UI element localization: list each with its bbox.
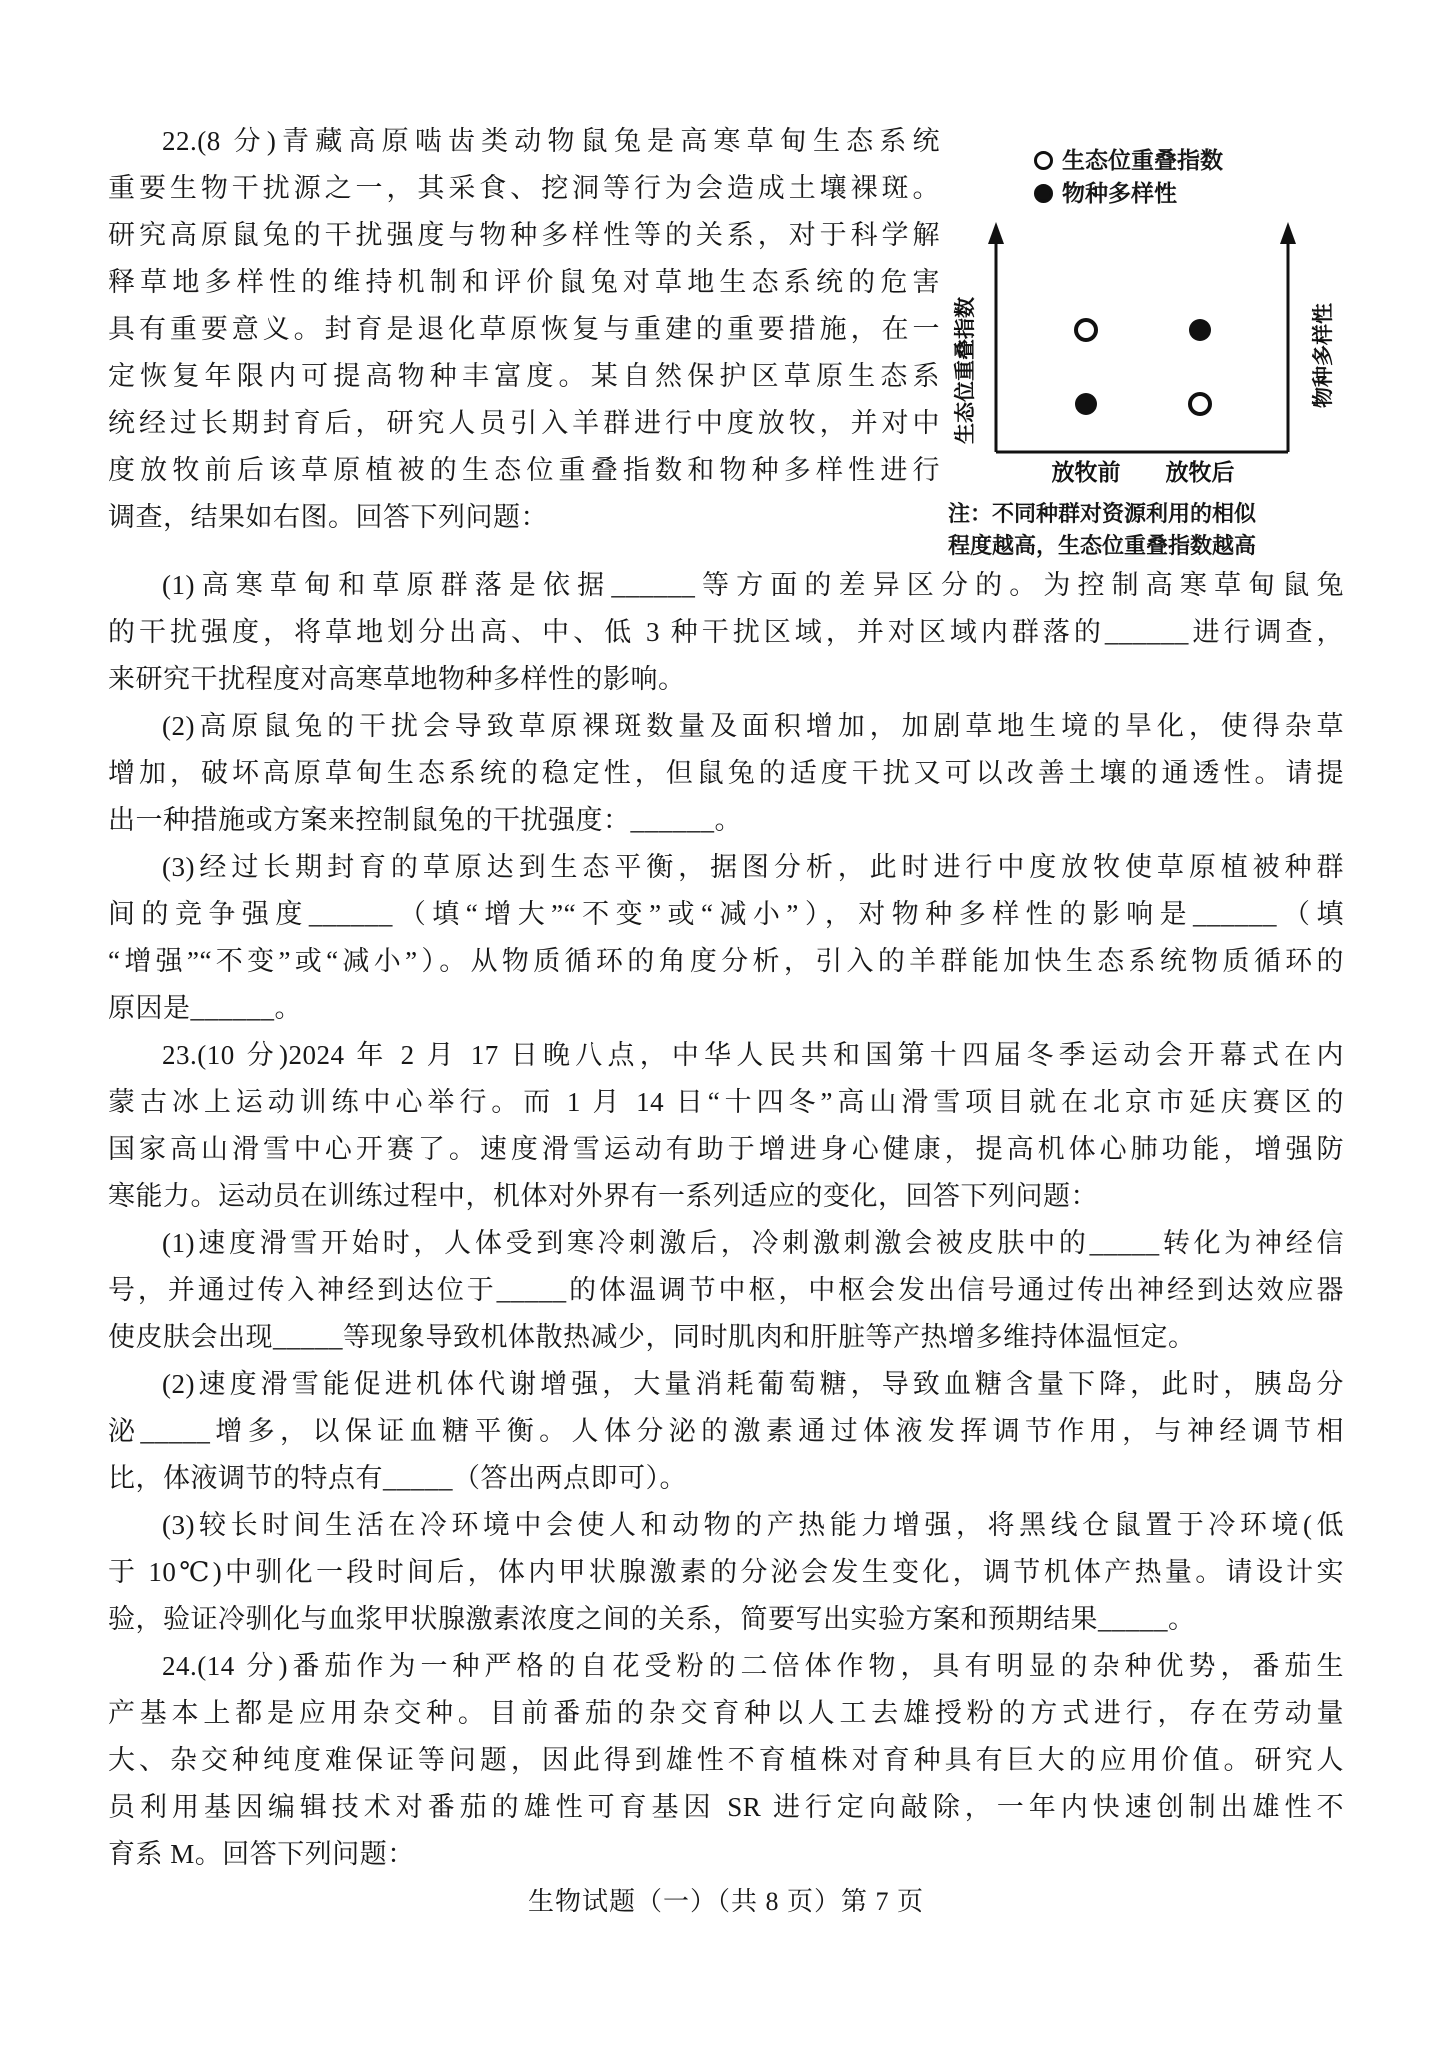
y-axis-label-left: 生态位重叠指数 <box>953 297 977 444</box>
legend-label: 物种多样性 <box>1062 177 1177 210</box>
text-line: 员利用基因编辑技术对番茄的雄性可育基因 SR 进行定向敲除，一年内快速创制出雄性… <box>108 1784 1344 1831</box>
exam-page: 22.(8 分)青藏高原啮齿类动物鼠兔是高寒草甸生态系统 重要生物干扰源之一，其… <box>0 0 1448 1925</box>
figure-note-line: 程度越高，生态位重叠指数越高 <box>948 530 1344 562</box>
text-line: 释草地多样性的维持机制和评价鼠兔对草地生态系统的危害 <box>108 259 940 306</box>
text-line: (3)较长时间生活在冷环境中会使人和动物的产热能力增强，将黑线仓鼠置于冷环境(低 <box>108 1502 1344 1549</box>
grazing-scatter-chart: 生态位重叠指数 物种多样性 放牧前 放牧后 <box>948 212 1344 490</box>
left-axis-arrow-icon <box>988 222 1004 244</box>
legend-item-overlap-index: 生态位重叠指数 <box>1034 144 1344 177</box>
figure-note-line: 注：不同种群对资源利用的相似 <box>948 498 1344 530</box>
text-line: 原因是______。 <box>108 985 1344 1032</box>
question-22-sub3: (3)经过长期封育的草原达到生态平衡，据图分析，此时进行中度放牧使草原植被种群 … <box>108 844 1344 1032</box>
data-point-diversity-before <box>1075 393 1097 415</box>
text-line: 号，并通过传入神经到达位于_____的体温调节中枢，中枢会发出信号通过传出神经到… <box>108 1267 1344 1314</box>
text-line: 使皮肤会出现_____等现象导致机体散热减少，同时肌肉和肝脏等产热增多维持体温恒… <box>108 1314 1344 1361</box>
legend-item-species-diversity: 物种多样性 <box>1034 177 1344 210</box>
text-line: 蒙古冰上运动训练中心举行。而 1 月 14 日“十四冬”高山滑雪项目就在北京市延… <box>108 1079 1344 1126</box>
text-line: (2)速度滑雪能促进机体代谢增强，大量消耗葡萄糖，导致血糖含量下降，此时，胰岛分 <box>108 1361 1344 1408</box>
text-line: 验，验证冷驯化与血浆甲状腺激素浓度之间的关系，简要写出实验方案和预期结果____… <box>108 1596 1344 1643</box>
question-22-figure: 生态位重叠指数 物种多样性 <box>948 118 1344 562</box>
text-line: 调查，结果如右图。回答下列问题： <box>108 494 940 541</box>
question-22-block: 22.(8 分)青藏高原啮齿类动物鼠兔是高寒草甸生态系统 重要生物干扰源之一，其… <box>108 118 1344 562</box>
text-line: 24.(14 分)番茄作为一种严格的自花受粉的二倍体作物，具有明显的杂种优势，番… <box>108 1643 1344 1690</box>
question-22-sub2: (2)高原鼠兔的干扰会导致草原裸斑数量及面积增加，加剧草地生境的旱化，使得杂草 … <box>108 703 1344 844</box>
text-line: 的干扰强度，将草地划分出高、中、低 3 种干扰区域，并对区域内群落的______… <box>108 609 1344 656</box>
text-line: 出一种措施或方案来控制鼠兔的干扰强度：______。 <box>108 797 1344 844</box>
text-line: “增强”“不变”或“减小”）。从物质循环的角度分析，引入的羊群能加快生态系统物质… <box>108 938 1344 985</box>
text-line: (1)速度滑雪开始时，人体受到寒冷刺激后，冷刺激刺激会被皮肤中的_____转化为… <box>108 1220 1344 1267</box>
question-24-intro: 24.(14 分)番茄作为一种严格的自花受粉的二倍体作物，具有明显的杂种优势，番… <box>108 1643 1344 1878</box>
x-tick-after-grazing: 放牧后 <box>1166 459 1235 485</box>
text-line: (2)高原鼠兔的干扰会导致草原裸斑数量及面积增加，加剧草地生境的旱化，使得杂草 <box>108 703 1344 750</box>
text-line: 寒能力。运动员在训练过程中，机体对外界有一系列适应的变化，回答下列问题： <box>108 1173 1344 1220</box>
text-line: 研究高原鼠兔的干扰强度与物种多样性等的关系，对于科学解 <box>108 212 940 259</box>
text-line: 国家高山滑雪中心开赛了。速度滑雪运动有助于增进身心健康，提高机体心肺功能，增强防 <box>108 1126 1344 1173</box>
text-line: 22.(8 分)青藏高原啮齿类动物鼠兔是高寒草甸生态系统 <box>108 118 940 165</box>
text-line: (3)经过长期封育的草原达到生态平衡，据图分析，此时进行中度放牧使草原植被种群 <box>108 844 1344 891</box>
text-line: 产基本上都是应用杂交种。目前番茄的杂交育种以人工去雄授粉的方式进行，存在劳动量 <box>108 1690 1344 1737</box>
text-line: 大、杂交种纯度难保证等问题，因此得到雄性不育植株对育种具有巨大的应用价值。研究人 <box>108 1737 1344 1784</box>
y-axis-label-right: 物种多样性 <box>1311 303 1335 408</box>
question-23-sub2: (2)速度滑雪能促进机体代谢增强，大量消耗葡萄糖，导致血糖含量下降，此时，胰岛分… <box>108 1361 1344 1502</box>
text-line: 来研究干扰程度对高寒草地物种多样性的影响。 <box>108 656 1344 703</box>
figure-note: 注：不同种群对资源利用的相似 程度越高，生态位重叠指数越高 <box>948 498 1344 562</box>
question-23-sub3: (3)较长时间生活在冷环境中会使人和动物的产热能力增强，将黑线仓鼠置于冷环境(低… <box>108 1502 1344 1643</box>
filled-circle-icon <box>1034 184 1053 203</box>
page-footer: 生物试题（一）（共 8 页）第 7 页 <box>108 1878 1344 1925</box>
question-23-sub1: (1)速度滑雪开始时，人体受到寒冷刺激后，冷刺激刺激会被皮肤中的_____转化为… <box>108 1220 1344 1361</box>
open-circle-icon <box>1034 151 1053 170</box>
question-22-sub1: (1)高寒草甸和草原群落是依据______等方面的差异区分的。为控制高寒草甸鼠兔… <box>108 562 1344 703</box>
text-line: 23.(10 分)2024 年 2 月 17 日晚八点，中华人民共和国第十四届冬… <box>108 1032 1344 1079</box>
data-point-overlap-before <box>1076 320 1096 340</box>
text-line: 泌_____增多，以保证血糖平衡。人体分泌的激素通过体液发挥调节作用，与神经调节… <box>108 1408 1344 1455</box>
data-point-diversity-after <box>1189 319 1211 341</box>
text-line: 度放牧前后该草原植被的生态位重叠指数和物种多样性进行 <box>108 447 940 494</box>
text-line: 重要生物干扰源之一，其采食、挖洞等行为会造成土壤裸斑。 <box>108 165 940 212</box>
question-22-text: 22.(8 分)青藏高原啮齿类动物鼠兔是高寒草甸生态系统 重要生物干扰源之一，其… <box>108 118 940 541</box>
legend-label: 生态位重叠指数 <box>1062 144 1223 177</box>
text-line: 育系 M。回答下列问题： <box>108 1831 1344 1878</box>
text-line: 于 10℃)中驯化一段时间后，体内甲状腺激素的分泌会发生变化，调节机体产热量。请… <box>108 1549 1344 1596</box>
text-line: 比，体液调节的特点有_____（答出两点即可）。 <box>108 1455 1344 1502</box>
text-line: 具有重要意义。封育是退化草原恢复与重建的重要措施，在一 <box>108 306 940 353</box>
chart-legend: 生态位重叠指数 物种多样性 <box>1034 144 1344 210</box>
text-line: 间的竞争强度______（填“增大”“不变”或“减小”），对物种多样性的影响是_… <box>108 891 1344 938</box>
data-point-overlap-after <box>1190 394 1210 414</box>
text-line: 增加，破坏高原草甸生态系统的稳定性，但鼠兔的适度干扰又可以改善土壤的通透性。请提 <box>108 750 1344 797</box>
right-axis-arrow-icon <box>1280 222 1296 244</box>
x-tick-before-grazing: 放牧前 <box>1052 459 1121 485</box>
question-23-intro: 23.(10 分)2024 年 2 月 17 日晚八点，中华人民共和国第十四届冬… <box>108 1032 1344 1220</box>
text-line: (1)高寒草甸和草原群落是依据______等方面的差异区分的。为控制高寒草甸鼠兔 <box>108 562 1344 609</box>
text-line: 定恢复年限内可提高物种丰富度。某自然保护区草原生态系 <box>108 353 940 400</box>
text-line: 统经过长期封育后，研究人员引入羊群进行中度放牧，并对中 <box>108 400 940 447</box>
